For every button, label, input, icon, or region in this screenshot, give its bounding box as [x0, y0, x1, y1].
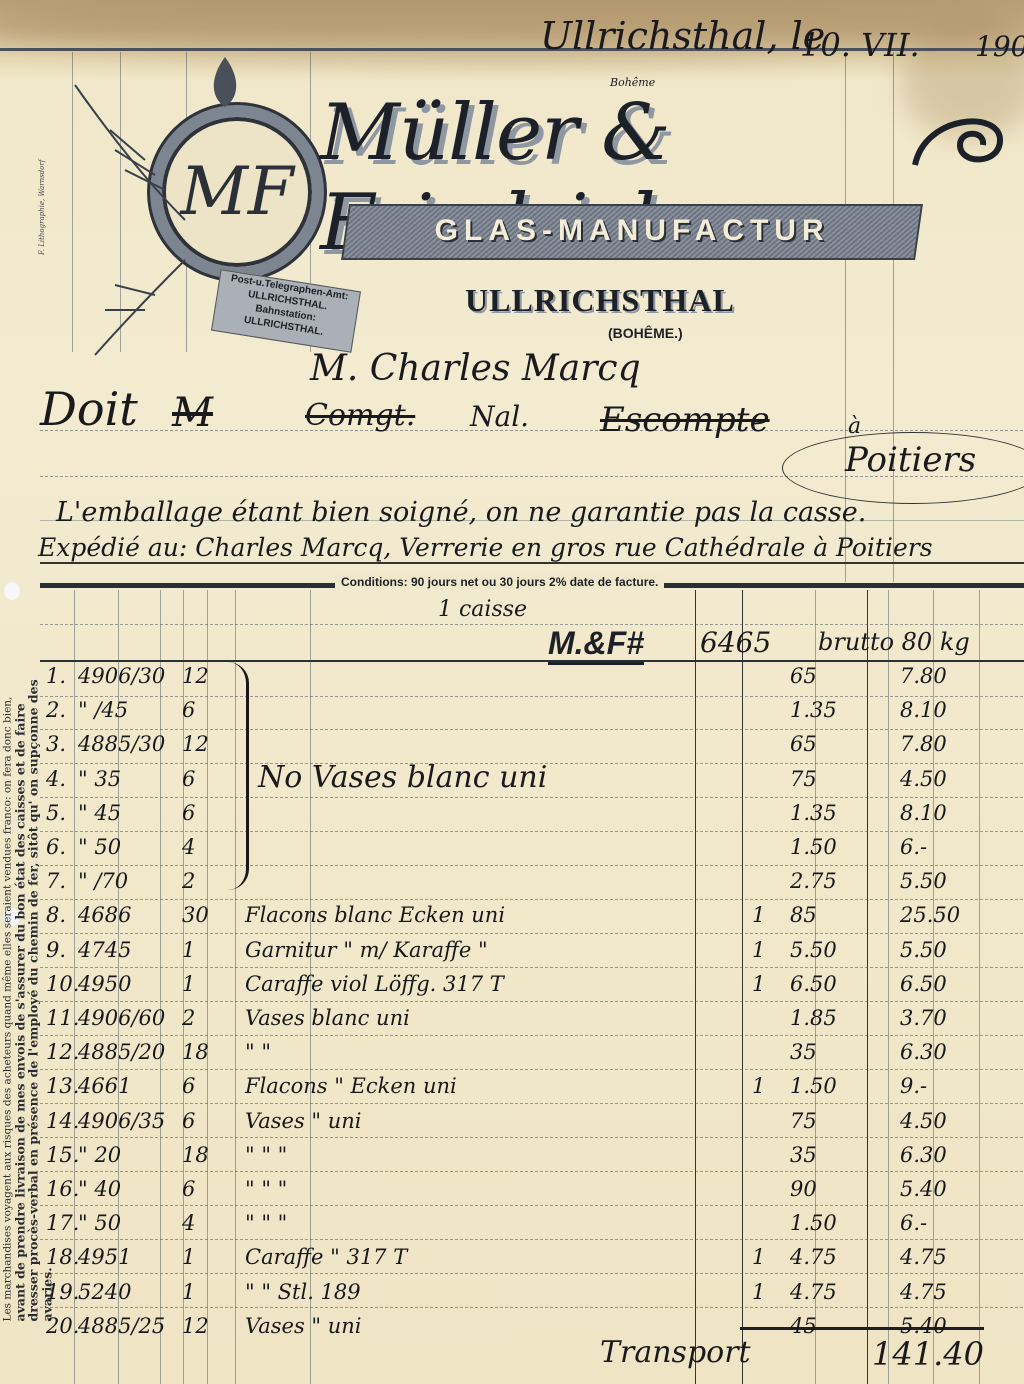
item-number: 14. [46, 1109, 79, 1133]
table-row: 2." /4561.358.10 [0, 698, 1024, 732]
item-number: 18. [46, 1245, 79, 1269]
quantity: 1 [182, 1245, 195, 1269]
date-year: 190 [975, 30, 1024, 63]
unit-price: 2.75 [790, 869, 837, 893]
quantity: 1 [182, 938, 195, 962]
unit-price: 1.50 [790, 1211, 837, 1235]
unit-prefix: 1 [752, 938, 765, 962]
table-row: 14.4906/356Vases " uni754.50 [0, 1109, 1024, 1143]
description: Flacons blanc Ecken uni [245, 903, 505, 927]
table-row: 7." /7022.755.50 [0, 869, 1024, 903]
table-row: 5." 4561.358.10 [0, 801, 1024, 835]
table-row: 3.4885/3012657.80 [0, 732, 1024, 766]
item-number: 17. [46, 1211, 79, 1235]
packing-note: L'emballage étant bien soigné, on ne gar… [56, 497, 866, 528]
unit-price: 75 [790, 767, 817, 791]
article-number: 4745 [78, 938, 131, 962]
article-number: " 20 [78, 1143, 121, 1167]
unit-prefix: 1 [752, 903, 765, 927]
item-number: 4. [46, 767, 66, 791]
line-total: 7.80 [900, 664, 947, 688]
shipping-note: Expédié au: Charles Marcq, Verrerie en g… [38, 533, 933, 562]
table-row: 8.468630Flacons blanc Ecken uni18525.50 [0, 903, 1024, 937]
unit-price: 1.35 [790, 698, 837, 722]
city-title: ULLRICHSTHAL [465, 282, 735, 319]
table-row: 10.49501Caraffe viol Löffg. 317 T16.506.… [0, 972, 1024, 1006]
mark-number: 6465 [700, 626, 771, 659]
conditions-rule: Conditions: 90 jours net ou 30 jours 2% … [40, 580, 1024, 590]
article-number: 4906/35 [78, 1109, 165, 1133]
item-number: 1. [46, 664, 66, 688]
description: Vases " uni [245, 1109, 362, 1133]
unit-price: 1.50 [790, 1074, 837, 1098]
crossed-comgt: Comgt. [305, 398, 415, 433]
table-row: 18.49511Caraffe " 317 T14.754.75 [0, 1245, 1024, 1279]
description: Vases " uni [245, 1314, 362, 1338]
unit-prefix: 1 [752, 1245, 765, 1269]
article-number: 4661 [78, 1074, 131, 1098]
table-row: 20.4885/2512Vases " uni455.40 [0, 1314, 1024, 1348]
table-row: 1.4906/3012657.80 [0, 664, 1024, 698]
table-row: 4." 356754.50 [0, 767, 1024, 801]
unit-price: 65 [790, 732, 817, 756]
line-total: 4.75 [900, 1280, 947, 1304]
line-total: 4.50 [900, 767, 947, 791]
unit-price: 65 [790, 664, 817, 688]
line-total: 6.50 [900, 972, 947, 996]
line-total: 7.80 [900, 732, 947, 756]
quantity: 4 [182, 1211, 195, 1235]
palmette-ornament-icon [205, 52, 245, 112]
addressee-name: M. Charles Marcq [310, 348, 641, 389]
item-number: 11. [46, 1006, 79, 1030]
table-row: 16." 406" " "905.40 [0, 1177, 1024, 1211]
quantity: 18 [182, 1143, 209, 1167]
unit-prefix: 1 [752, 972, 765, 996]
quantity: 1 [182, 1280, 195, 1304]
unit-price: 75 [790, 1109, 817, 1133]
package-count: 1 caisse [438, 597, 527, 622]
item-number: 12. [46, 1040, 79, 1064]
place-date-line: Ullrichsthal, le [540, 14, 825, 58]
weight-note: brutto 80 kg [818, 628, 970, 656]
article-number: " /45 [78, 698, 128, 722]
line-total: 6.- [900, 835, 927, 859]
line-total: 6.- [900, 1211, 927, 1235]
quantity: 30 [182, 903, 209, 927]
line-total: 5.50 [900, 869, 947, 893]
item-number: 19. [46, 1280, 79, 1304]
line-total: 9.- [900, 1074, 927, 1098]
line-total: 4.75 [900, 1245, 947, 1269]
description: " " " [245, 1177, 287, 1201]
description: " " Stl. 189 [245, 1280, 361, 1304]
item-number: 10. [46, 972, 79, 996]
item-number: 20. [46, 1314, 79, 1338]
article-number: 5240 [78, 1280, 131, 1304]
description: Vases blanc uni [245, 1006, 410, 1030]
quantity: 2 [182, 1006, 195, 1030]
item-number: 9. [46, 938, 66, 962]
line-total: 4.50 [900, 1109, 947, 1133]
item-number: 16. [46, 1177, 79, 1201]
unit-price: 6.50 [790, 972, 837, 996]
article-number: 4951 [78, 1245, 131, 1269]
item-number: 8. [46, 903, 66, 927]
unit-prefix: 1 [752, 1074, 765, 1098]
table-row: 17." 504" " "1.506.- [0, 1211, 1024, 1245]
article-number: 4885/30 [78, 732, 165, 756]
table-row: 13.46616Flacons " Ecken uni11.509.- [0, 1074, 1024, 1108]
unit-price: 35 [790, 1143, 817, 1167]
article-number: 4950 [78, 972, 131, 996]
description: " " " [245, 1143, 287, 1167]
description: " " [245, 1040, 271, 1064]
description: Flacons " Ecken uni [245, 1074, 457, 1098]
table-row: 19.52401" " Stl. 18914.754.75 [0, 1280, 1024, 1314]
line-total: 5.40 [900, 1177, 947, 1201]
article-number: " /70 [78, 869, 128, 893]
item-number: 13. [46, 1074, 79, 1098]
shipping-mark: M.&F# [548, 625, 644, 665]
doit-label: Doit [40, 382, 138, 436]
quantity: 6 [182, 1177, 195, 1201]
article-number: 4906/60 [78, 1006, 165, 1030]
quantity: 4 [182, 835, 195, 859]
transport-label: Transport [600, 1335, 751, 1370]
flourish-ornament-icon [905, 105, 1010, 185]
unit-price: 35 [790, 1040, 817, 1064]
item-number: 3. [46, 732, 66, 756]
line-total: 8.10 [900, 801, 947, 825]
quantity: 12 [182, 732, 209, 756]
description: Caraffe viol Löffg. 317 T [245, 972, 504, 996]
article-number: " 50 [78, 835, 121, 859]
quantity: 6 [182, 1109, 195, 1133]
article-number: 4885/20 [78, 1040, 165, 1064]
line-total: 6.30 [900, 1040, 947, 1064]
article-number: 4686 [78, 903, 131, 927]
quantity: 6 [182, 1074, 195, 1098]
hand-word: Nal. [470, 400, 529, 433]
item-number: 2. [46, 698, 66, 722]
crossed-escompte: Escompte [600, 400, 770, 440]
table-row: 9.47451Garnitur " m/ Karaffe "15.505.50 [0, 938, 1024, 972]
printer-credit: F. Lithographie, Warnsdorf [38, 160, 46, 255]
glas-manufactur-banner: GLAS-MANUFACTUR [341, 204, 923, 260]
article-number: " 40 [78, 1177, 121, 1201]
description: Caraffe " 317 T [245, 1245, 407, 1269]
quantity: 6 [182, 767, 195, 791]
quantity: 6 [182, 801, 195, 825]
unit-price: 4.75 [790, 1245, 837, 1269]
unit-price: 1.35 [790, 801, 837, 825]
article-number: " 45 [78, 801, 121, 825]
date-day-month: 10. VII. [800, 26, 920, 64]
line-total: 3.70 [900, 1006, 947, 1030]
unit-price: 1.50 [790, 835, 837, 859]
item-number: 5. [46, 801, 66, 825]
line-total: 25.50 [900, 903, 960, 927]
line-total: 5.50 [900, 938, 947, 962]
crossed-m: M [172, 390, 213, 436]
item-number: 15. [46, 1143, 79, 1167]
unit-price: 45 [790, 1314, 817, 1338]
quantity: 2 [182, 869, 195, 893]
punch-hole [4, 582, 20, 600]
unit-price: 1.85 [790, 1006, 837, 1030]
palm-leaves-icon [55, 80, 195, 360]
unit-price: 85 [790, 903, 817, 927]
article-number: 4885/25 [78, 1314, 165, 1338]
table-row: 15." 2018" " "356.30 [0, 1143, 1024, 1177]
item-number: 7. [46, 869, 66, 893]
table-row: 11.4906/602Vases blanc uni1.853.70 [0, 1006, 1024, 1040]
quantity: 18 [182, 1040, 209, 1064]
table-row: 12.4885/2018" "356.30 [0, 1040, 1024, 1074]
item-number: 6. [46, 835, 66, 859]
unit-price: 5.50 [790, 938, 837, 962]
quantity: 6 [182, 698, 195, 722]
description: Garnitur " m/ Karaffe " [245, 938, 488, 962]
unit-price: 90 [790, 1177, 817, 1201]
transport-total: 141.40 [872, 1335, 984, 1373]
quantity: 12 [182, 664, 209, 688]
article-number: 4906/30 [78, 664, 165, 688]
quantity: 1 [182, 972, 195, 996]
banner-text: GLAS-MANUFACTUR [347, 206, 917, 256]
description: " " " [245, 1211, 287, 1235]
table-row: 6." 5041.506.- [0, 835, 1024, 869]
region-label: (BOHÊME.) [608, 325, 683, 341]
article-number: " 35 [78, 767, 121, 791]
line-total: 6.30 [900, 1143, 947, 1167]
line-total: 8.10 [900, 698, 947, 722]
quantity: 12 [182, 1314, 209, 1338]
unit-price: 4.75 [790, 1280, 837, 1304]
unit-prefix: 1 [752, 1280, 765, 1304]
article-number: " 50 [78, 1211, 121, 1235]
conditions-text: Conditions: 90 jours net ou 30 jours 2% … [335, 575, 664, 589]
